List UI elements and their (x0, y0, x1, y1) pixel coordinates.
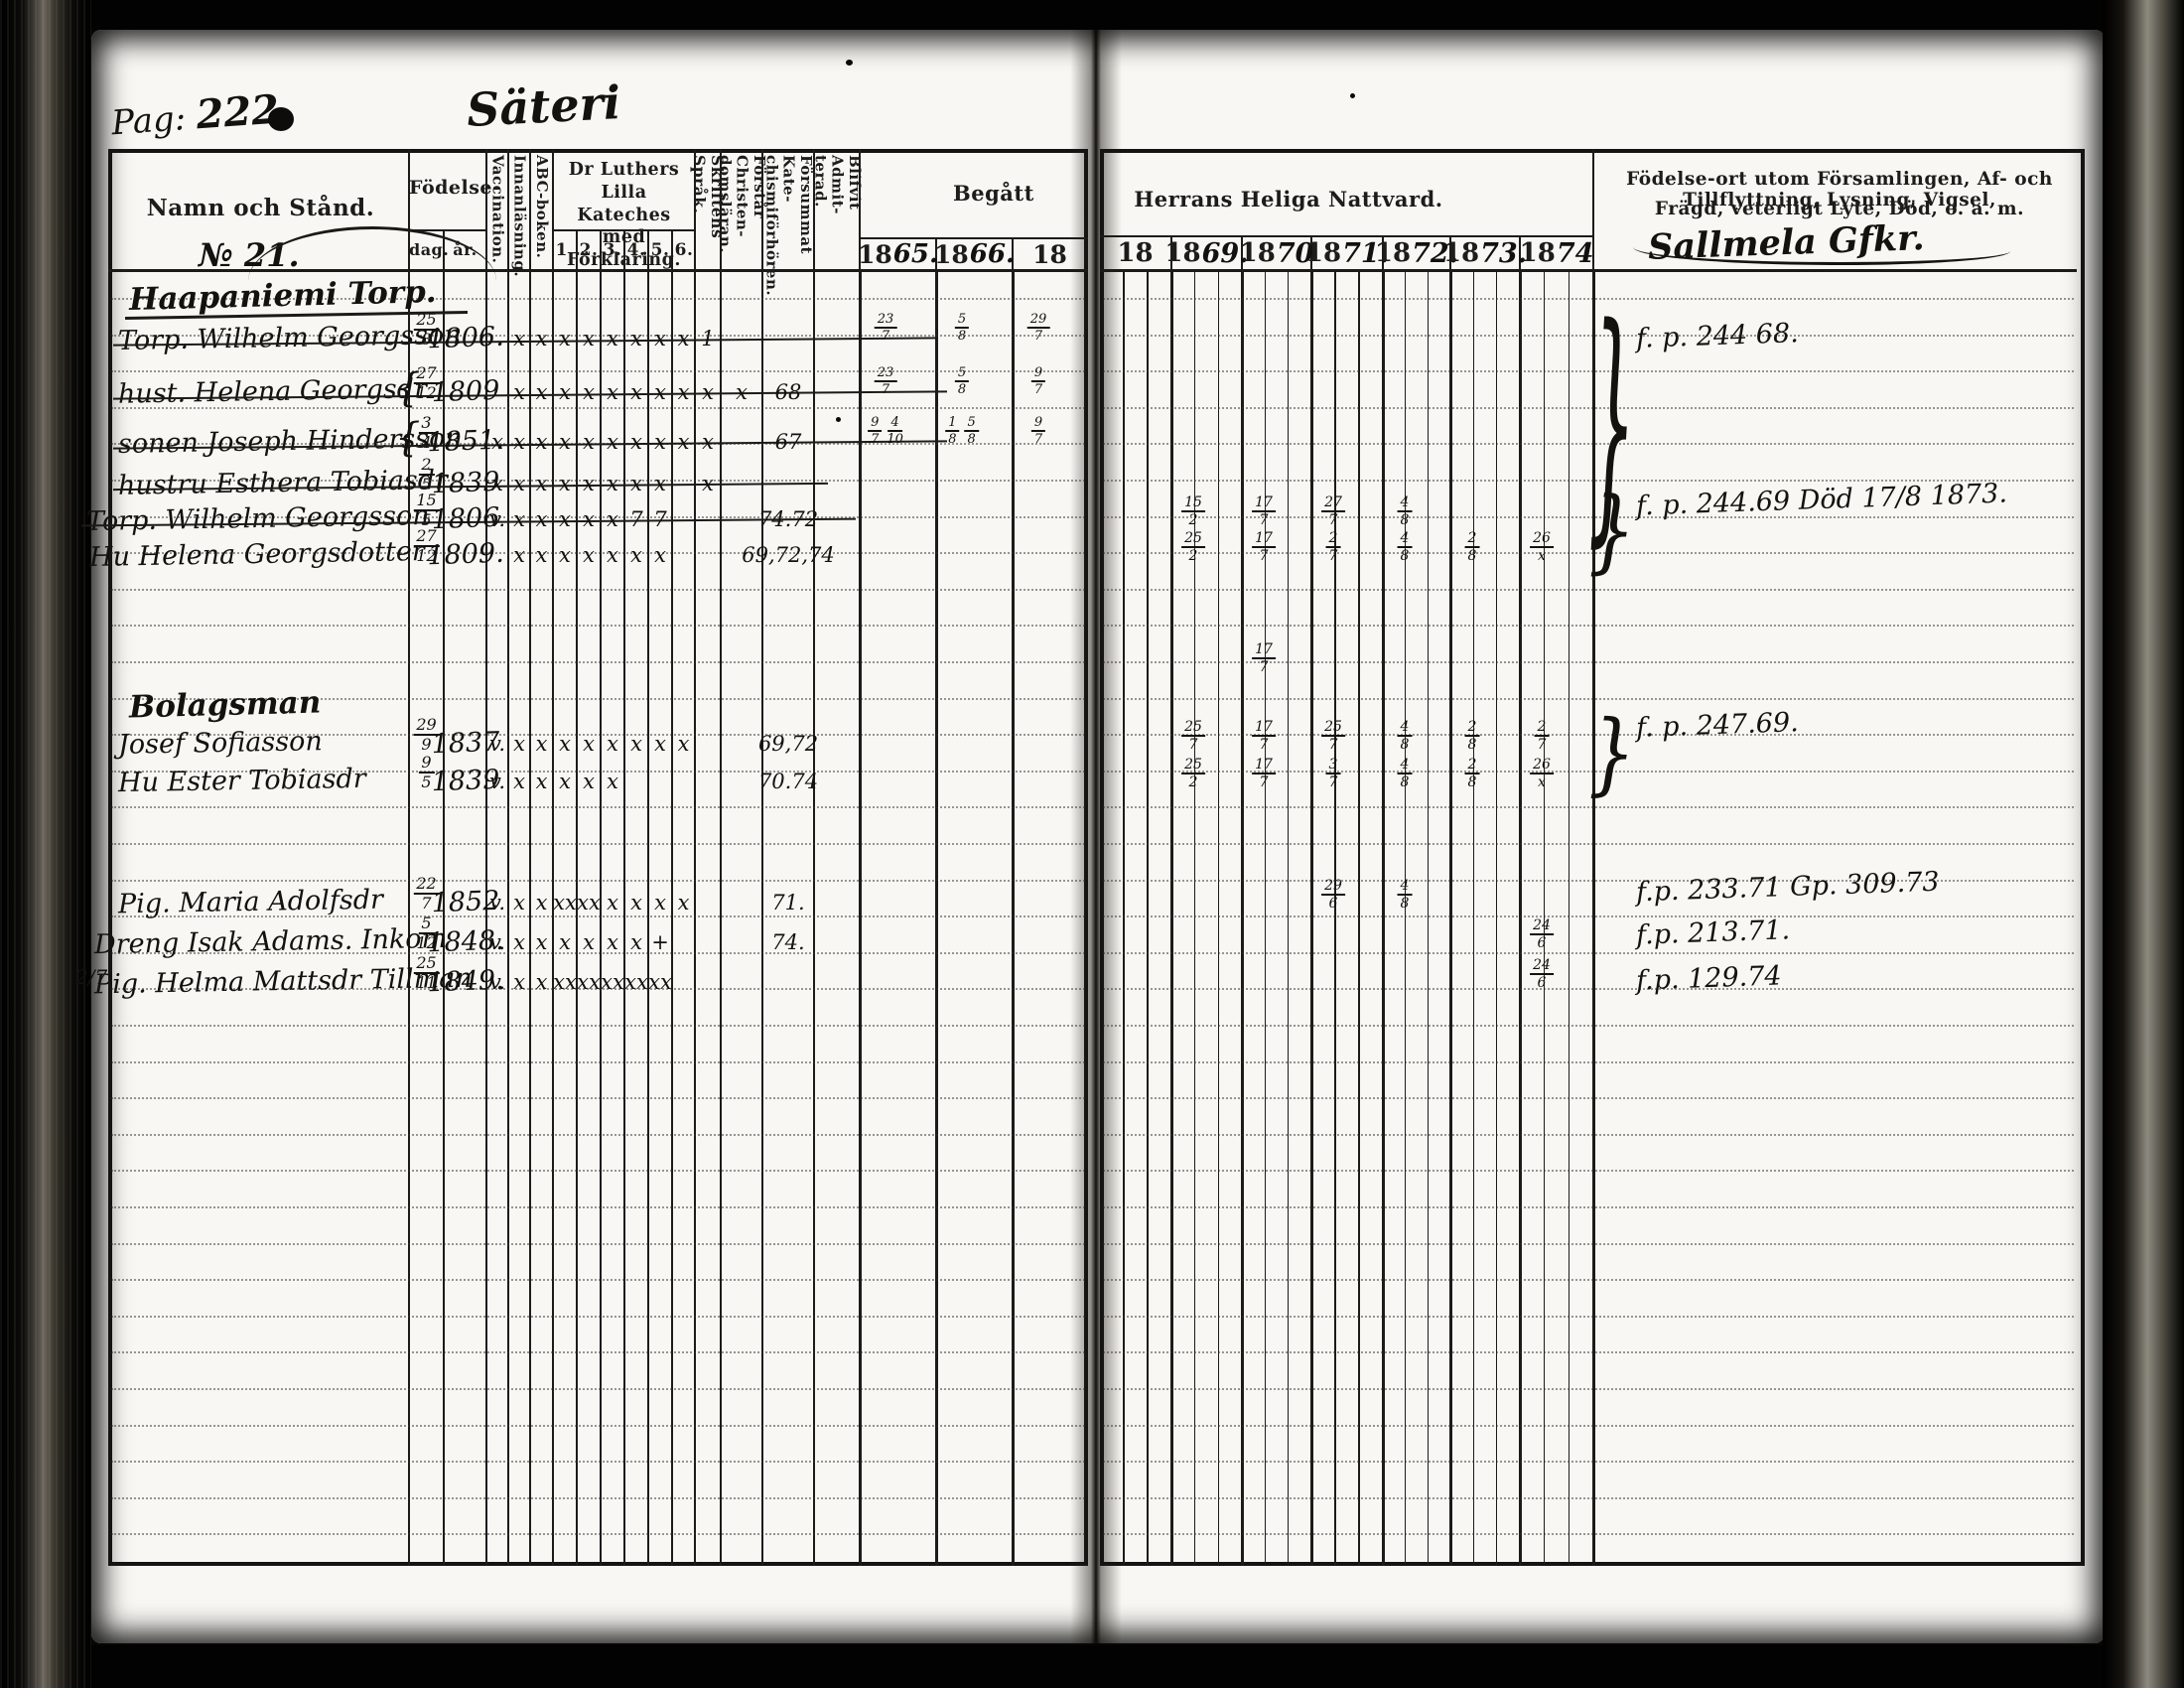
reading-mark: x (559, 770, 571, 793)
header-vaccination: Vaccination. (488, 155, 505, 263)
ruled-line (111, 1061, 1085, 1063)
ruled-line (111, 1279, 1085, 1281)
reading-mark: x (513, 472, 525, 495)
header-ar: år. (444, 240, 486, 259)
person-name: Josef Sofiasson (118, 726, 323, 761)
reading-mark: x (607, 930, 618, 954)
header-year-right: 1872. (1383, 236, 1450, 270)
ruled-line (1103, 806, 2074, 808)
person-name: Pig. Maria Adolfsdr (118, 885, 383, 920)
column-rule (1241, 270, 1244, 1566)
communion-date: 26x (1530, 531, 1554, 563)
column-rule (761, 270, 763, 1566)
reading-mark: x (630, 930, 642, 954)
year-subcolumn-rule (1265, 270, 1266, 1566)
header-dag: dag. (409, 240, 444, 259)
ruled-line (1103, 1170, 2074, 1172)
reading-mark: x (678, 430, 690, 454)
scan-speck (846, 60, 853, 66)
communion-date: 257 (1321, 720, 1345, 752)
reading-mark: x (583, 327, 595, 351)
communion-date: 48 (1398, 495, 1413, 527)
ruled-line (111, 806, 1085, 808)
reading-mark: x (654, 891, 666, 914)
reading-mark: v. (489, 770, 505, 793)
reading-mark: x (536, 507, 548, 531)
communion-date: 27 (1535, 720, 1550, 752)
ruled-line (1103, 1351, 2074, 1353)
communion-date: 177 (1252, 720, 1276, 752)
reading-mark: x (607, 380, 618, 404)
column-rule (859, 270, 862, 1566)
reading-mark: 69,72,74 (742, 543, 835, 567)
reading-mark: x (630, 380, 642, 404)
page-number-label: Pag: (110, 98, 187, 143)
person-name: Hu Ester Tobiasdr (118, 764, 366, 798)
column-rule (1449, 270, 1452, 1566)
birth-year: 1806. (426, 322, 503, 355)
column-rule (1170, 270, 1173, 1566)
column-rule (813, 270, 815, 1566)
reading-mark: x (536, 891, 548, 914)
reading-mark: x (536, 732, 548, 756)
margin-note: 2/7. (75, 965, 114, 989)
person-name: Hu Helena Georgsdotter (89, 536, 425, 573)
ruled-line (111, 1316, 1085, 1318)
communion-date: 246 (1530, 918, 1554, 950)
column-rule (1519, 270, 1522, 1566)
column-rule (408, 149, 410, 270)
reading-mark: x (583, 430, 595, 454)
reading-mark: x (513, 380, 525, 404)
reading-mark: 74.72 (758, 507, 818, 531)
ruled-line (1103, 1206, 2074, 1208)
reading-mark: v. (489, 732, 505, 756)
admitted-date: 58 (955, 313, 969, 343)
ruled-line (1103, 1388, 2074, 1390)
communion-date: 48 (1398, 720, 1413, 752)
year-subcolumn-rule (1218, 270, 1219, 1566)
ruled-line (111, 661, 1085, 663)
reading-mark: v. (489, 930, 505, 954)
column-rule (720, 149, 722, 270)
column-rule (507, 270, 509, 1566)
ruled-line (111, 589, 1085, 591)
reading-mark: x (513, 770, 525, 793)
admitted-date: 97410 (868, 416, 903, 446)
ruled-line (1103, 1316, 2074, 1318)
column-rule (647, 270, 649, 1566)
reading-mark: xx (624, 970, 648, 994)
row-rule (553, 229, 695, 231)
ruled-line (1103, 1243, 2074, 1245)
reading-mark: x (491, 430, 503, 454)
ruled-line (1103, 661, 2074, 663)
reading-mark: x (536, 327, 548, 351)
year-subcolumn-rule (1288, 270, 1289, 1566)
reading-mark: x (559, 543, 571, 567)
communion-date: 48 (1398, 879, 1413, 911)
ruled-line (1103, 698, 2074, 700)
reading-mark: x (513, 507, 525, 531)
reading-mark: x (678, 891, 690, 914)
reading-mark: 68 (775, 380, 802, 404)
column-rule (529, 149, 531, 270)
reading-mark: 69,72 (758, 732, 818, 756)
ruled-line (111, 1134, 1085, 1136)
ruled-line (111, 625, 1085, 627)
column-rule (720, 270, 722, 1566)
person-name: hust. Helena Georgsdr (118, 373, 427, 409)
page-title: Säteri (466, 75, 622, 137)
reading-mark: x (513, 970, 525, 994)
reading-mark: v. (489, 891, 505, 914)
year-subcolumn-rule (1569, 270, 1570, 1566)
column-rule (761, 149, 763, 270)
ruled-line (111, 370, 1085, 372)
reading-mark: x (607, 770, 618, 793)
ruled-line (111, 1533, 1085, 1535)
ruled-line (1103, 1134, 2074, 1136)
ruled-line (111, 1425, 1085, 1427)
row-rule (409, 229, 486, 231)
reading-mark: x (607, 430, 618, 454)
reading-mark: x (607, 327, 618, 351)
reading-mark: x (559, 430, 571, 454)
reading-mark: x (654, 430, 666, 454)
column-rule (485, 149, 487, 270)
reading-mark: x (654, 732, 666, 756)
admitted-date: 297 (1027, 313, 1050, 343)
ruled-line (1103, 625, 2074, 627)
header-herrans-heliga-nattvard: Herrans Heliga Nattvard. (1100, 187, 1477, 211)
ruled-line (111, 843, 1085, 845)
scanned-parish-register: Pag: 222. Säteri Namn och Stånd. № 21. F… (0, 0, 2184, 1688)
reading-mark: x (654, 380, 666, 404)
column-rule (1310, 270, 1313, 1566)
reading-mark: x (536, 970, 548, 994)
header-kateches-number: 2. (577, 240, 601, 260)
column-rule (813, 149, 815, 270)
reading-mark: 67 (775, 430, 802, 454)
ruled-line (111, 1461, 1085, 1463)
note-brace: } (1588, 485, 1636, 576)
header-year-right: 1873. (1450, 236, 1520, 270)
year-subcolumn-rule (1405, 270, 1406, 1566)
year-subcolumn-rule (1123, 270, 1124, 1566)
column-rule (694, 270, 696, 1566)
group-heading: Bolagsman (129, 684, 322, 725)
reading-mark: x (630, 472, 642, 495)
reading-mark: x (536, 380, 548, 404)
communion-date: 48 (1398, 758, 1413, 789)
ruled-line (1103, 988, 2074, 990)
scan-bottom-border (0, 1645, 2184, 1688)
reading-mark: xx (601, 970, 624, 994)
column-rule (600, 270, 602, 1566)
note-text: f. p. 247.69. (1636, 707, 1800, 744)
header-year-left: 18 (1013, 238, 1088, 270)
communion-date: 296 (1321, 879, 1345, 911)
reading-mark: v. (489, 970, 505, 994)
reading-mark: x (583, 380, 595, 404)
reading-mark: x (583, 930, 595, 954)
reading-mark: x (678, 732, 690, 756)
reading-mark: x (630, 430, 642, 454)
column-rule (485, 270, 487, 1566)
reading-mark: x (583, 543, 595, 567)
reading-mark: 71. (771, 891, 804, 914)
ruled-line (1103, 1425, 2074, 1427)
person-name: hustru Esthera Tobiasdr (118, 465, 448, 501)
reading-mark: x (630, 891, 642, 914)
communion-date: 257 (1181, 720, 1205, 752)
header-abc-boken: ABC-boken. (533, 155, 550, 258)
ruled-line (111, 1170, 1085, 1172)
ruled-line (1103, 1025, 2074, 1027)
year-subcolumn-rule (1334, 270, 1335, 1566)
reading-mark: x (630, 543, 642, 567)
communion-date: 28 (1465, 720, 1480, 752)
reading-mark: x (654, 327, 666, 351)
column-rule (552, 270, 554, 1566)
communion-date: 26x (1530, 758, 1554, 789)
reading-mark: x (583, 732, 595, 756)
reading-mark: xx (577, 891, 601, 914)
reading-mark: x (607, 732, 618, 756)
header-kateches-number: 1. (553, 240, 577, 260)
header-kateches-number: 5. (648, 240, 672, 260)
header-kateches-number: 6. (672, 240, 696, 260)
ruled-line (1103, 1533, 2074, 1535)
ruled-line (111, 1243, 1085, 1245)
communion-date: 277 (1321, 495, 1345, 527)
reading-mark: x (513, 430, 525, 454)
reading-mark: x (607, 543, 618, 567)
reading-mark: x (702, 472, 714, 495)
header-kateches-number: 3. (601, 240, 624, 260)
reading-mark: 7 (653, 507, 666, 531)
reading-mark: x (583, 472, 595, 495)
admitted-date: 237 (875, 366, 897, 396)
communion-date: 28 (1465, 758, 1480, 789)
admitted-date: 97 (1031, 416, 1045, 446)
reading-mark: x (559, 930, 571, 954)
reading-mark: x (559, 507, 571, 531)
birth-year: 1839 (431, 467, 500, 499)
header-innanlasning: Innanläsning. (510, 155, 527, 277)
admitted-date: 97 (1031, 366, 1045, 396)
note-text: f. p. 244 68. (1636, 318, 1800, 354)
reading-mark: x (630, 327, 642, 351)
reading-mark: x (654, 472, 666, 495)
person-name: Torp. Wilhelm Georgsson (118, 320, 462, 356)
ruled-line (1103, 843, 2074, 845)
column-rule (507, 149, 509, 270)
scan-top-border (0, 0, 2184, 30)
header-year-right: 18 (1100, 236, 1171, 270)
communion-date: 177 (1252, 495, 1276, 527)
year-subcolumn-rule (1496, 270, 1497, 1566)
ruled-line (111, 1497, 1085, 1499)
reading-mark: 1 (701, 327, 714, 351)
reading-mark: x (702, 430, 714, 454)
reading-mark: x (630, 732, 642, 756)
column-rule (443, 230, 445, 270)
column-rule (623, 270, 625, 1566)
communion-date: 246 (1530, 958, 1554, 990)
scan-left-film-edge (0, 0, 91, 1688)
row-brace: { (395, 415, 420, 461)
reading-mark: x (536, 930, 548, 954)
header-namn-och-stand: Namn och Stånd. (119, 195, 402, 221)
reading-mark: x (491, 472, 503, 495)
year-subcolumn-rule (1147, 270, 1148, 1566)
scan-right-film-edge (2103, 0, 2184, 1688)
reading-mark: x (678, 327, 690, 351)
year-subcolumn-rule (1194, 270, 1195, 1566)
header-year-right: 1870 (1242, 236, 1311, 270)
reading-mark: x (536, 770, 548, 793)
scan-speck (1350, 93, 1355, 98)
header-notes-line2: Frägd, veterligt Lyte, Död, o. a. m. (1600, 199, 2079, 219)
communion-date: 177 (1252, 758, 1276, 789)
reading-mark: x (513, 327, 525, 351)
year-subcolumn-rule (1473, 270, 1474, 1566)
person-name: Dreng Isak Adams. Inkom (94, 923, 448, 960)
note-brace: } (1588, 709, 1636, 798)
note-text: f.p. 213.71. (1636, 914, 1791, 950)
birth-year: 1809 (431, 375, 500, 408)
note-text: f.p. 129.74 (1636, 960, 1783, 996)
reading-mark: xx (577, 970, 601, 994)
ink-blot (268, 107, 294, 131)
communion-date: 177 (1252, 642, 1276, 674)
reading-mark: x (536, 472, 548, 495)
reading-mark: x (513, 891, 525, 914)
reading-mark: x (559, 327, 571, 351)
ruled-line (111, 1388, 1085, 1390)
communion-date: 28 (1465, 531, 1480, 563)
communion-date: 252 (1181, 531, 1205, 563)
ruled-line (1103, 1461, 2074, 1463)
reading-mark: x (607, 507, 618, 531)
header-year-right: 1874 (1520, 236, 1593, 270)
column-rule (1012, 270, 1015, 1566)
ruled-line (1103, 952, 2074, 954)
header-year-right: 1869. (1171, 236, 1242, 270)
ruled-line (111, 1097, 1085, 1099)
reading-mark: x (583, 507, 595, 531)
reading-mark: x (513, 930, 525, 954)
header-forstar-christendomslaran: Förstår Christen- domsläran. (716, 155, 767, 270)
column-rule (935, 270, 938, 1566)
ruled-line (111, 1206, 1085, 1208)
ruled-line (1103, 1097, 2074, 1099)
column-rule (671, 270, 673, 1566)
ruled-line (1103, 589, 2074, 591)
person-name: Torp. Wilhelm Georgsson (86, 500, 430, 537)
communion-date: 152 (1181, 495, 1205, 527)
admitted-date: 1858 (945, 416, 979, 446)
reading-mark: 7 (629, 507, 642, 531)
reading-mark: x (736, 380, 748, 404)
reading-mark: x (607, 472, 618, 495)
header-fodelse: Födelse- (409, 177, 486, 199)
year-subcolumn-rule (1358, 270, 1359, 1566)
reading-mark: x (559, 472, 571, 495)
header-year-left: 1866. (936, 238, 1013, 270)
ruled-line (111, 880, 1085, 882)
reading-mark: x (536, 543, 548, 567)
ruled-line (1103, 915, 2074, 917)
admitted-date: 58 (955, 366, 969, 396)
header-forsummat-katechismiforhoren: Försummat Kate- chismiförhören. (762, 155, 814, 296)
header-blifvit-admitterad: Blifvit Admit- terad. (811, 155, 863, 270)
reading-mark: xx (553, 970, 577, 994)
ruled-line (111, 1351, 1085, 1353)
header-year-left: 1865. (860, 238, 936, 270)
column-rule (529, 270, 531, 1566)
column-rule (408, 270, 410, 1566)
column-rule (1382, 270, 1385, 1566)
year-subcolumn-rule (1428, 270, 1429, 1566)
reading-mark: x (559, 380, 571, 404)
communion-date: 252 (1181, 758, 1205, 789)
reading-mark: x (513, 543, 525, 567)
reading-mark: + (651, 930, 669, 954)
communion-date: 27 (1326, 531, 1341, 563)
reading-mark: x (702, 380, 714, 404)
reading-mark: xx (648, 970, 672, 994)
reading-mark: x (654, 543, 666, 567)
reading-mark: x (607, 891, 618, 914)
reading-mark: xx (553, 891, 577, 914)
ruled-line (1103, 1279, 2074, 1281)
reading-mark: x (536, 430, 548, 454)
reading-mark: 70.74 (758, 770, 818, 793)
reading-mark: 74. (771, 930, 804, 954)
scan-speck (836, 417, 841, 422)
reading-mark: x (559, 732, 571, 756)
communion-date: 48 (1398, 531, 1413, 563)
reading-mark: x (583, 770, 595, 793)
communion-date: 177 (1252, 531, 1276, 563)
column-rule (576, 270, 578, 1566)
reading-mark: x (513, 732, 525, 756)
admitted-date: 237 (875, 313, 897, 343)
header-begatt: Begått (953, 181, 1034, 206)
ruled-line (111, 1025, 1085, 1027)
reading-mark: x (678, 380, 690, 404)
communion-date: 37 (1326, 758, 1341, 789)
reading-mark: v. (489, 507, 505, 531)
ruled-line (1103, 1061, 2074, 1063)
header-kateches-number: 4. (624, 240, 648, 260)
birth-year: 1809. (426, 538, 503, 572)
header-year-right: 1871. (1311, 236, 1383, 270)
ruled-line (1103, 1497, 2074, 1499)
